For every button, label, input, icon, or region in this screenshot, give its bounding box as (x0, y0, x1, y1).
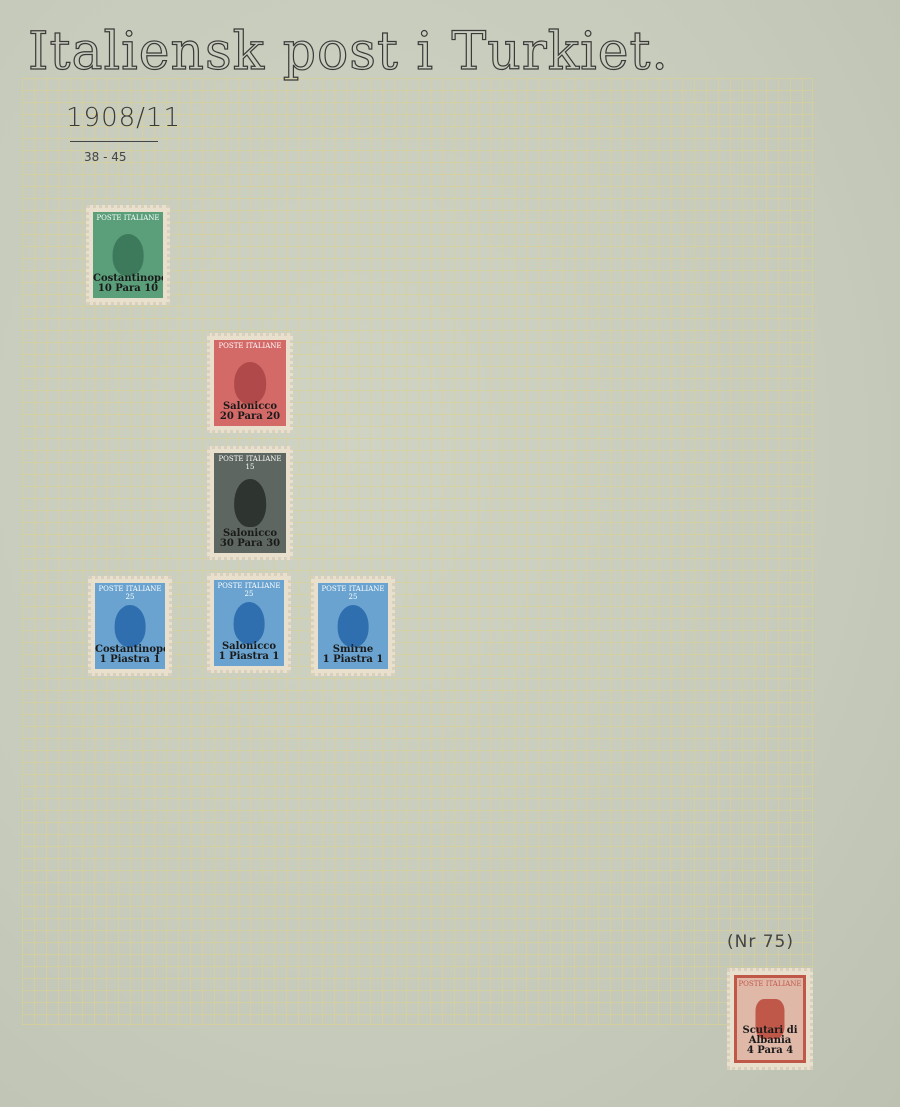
overprint: Salonicco20 Para 20 (214, 402, 286, 422)
stamp-salonicco-20-para: POSTE ITALIANE Salonicco20 Para 20 (207, 333, 293, 433)
catalogue-note: (Nr 75) (727, 932, 794, 952)
overprint: Costantinopoli1 Piastra 1 (95, 645, 165, 665)
stamp-salonicco-1-piastra: POSTE ITALIANE 25 Salonicco1 Piastra 1 (207, 573, 291, 673)
period-label: 1908/11 (66, 103, 181, 133)
overprint: Salonicco30 Para 30 (214, 529, 286, 549)
stamp-header: POSTE ITALIANE 15 (214, 455, 286, 471)
stamp-scutari-di-albania: POSTE ITALIANE Scutari di Albania4 Para … (727, 968, 813, 1070)
portrait-icon (234, 362, 266, 403)
stamp-header: POSTE ITALIANE 25 (95, 585, 165, 601)
period-underline (70, 141, 158, 142)
stamp-header: POSTE ITALIANE 25 (318, 585, 388, 601)
portrait-icon (234, 479, 266, 527)
stamp-header: POSTE ITALIANE (214, 342, 286, 350)
stamp-header: POSTE ITALIANE 25 (214, 582, 284, 598)
portrait-icon (234, 602, 265, 643)
stamp-costantinopoli-1-piastra: POSTE ITALIANE 25 Costantinopoli1 Piastr… (88, 576, 172, 676)
stamp-smirne-1-piastra: POSTE ITALIANE 25 Smirne1 Piastra 1 (311, 576, 395, 676)
portrait-icon (115, 605, 146, 646)
stamp-header: POSTE ITALIANE (737, 980, 803, 988)
stamp-costantinopoli-10-para: POSTE ITALIANE Costantinopoli10 Para 10 (86, 205, 170, 305)
overprint: Costantinopoli10 Para 10 (93, 274, 163, 294)
overprint: Salonicco1 Piastra 1 (214, 642, 284, 662)
portrait-icon (113, 234, 144, 275)
page-title: Italiensk post i Turkiet. (28, 22, 669, 82)
overprint: Scutari di Albania4 Para 4 (737, 1026, 803, 1056)
portrait-icon (338, 605, 369, 646)
stamp-salonicco-30-para: POSTE ITALIANE 15 Salonicco30 Para 30 (207, 446, 293, 560)
stamp-header: POSTE ITALIANE (93, 214, 163, 222)
catalogue-range: 38 - 45 (84, 150, 127, 164)
overprint: Smirne1 Piastra 1 (318, 645, 388, 665)
